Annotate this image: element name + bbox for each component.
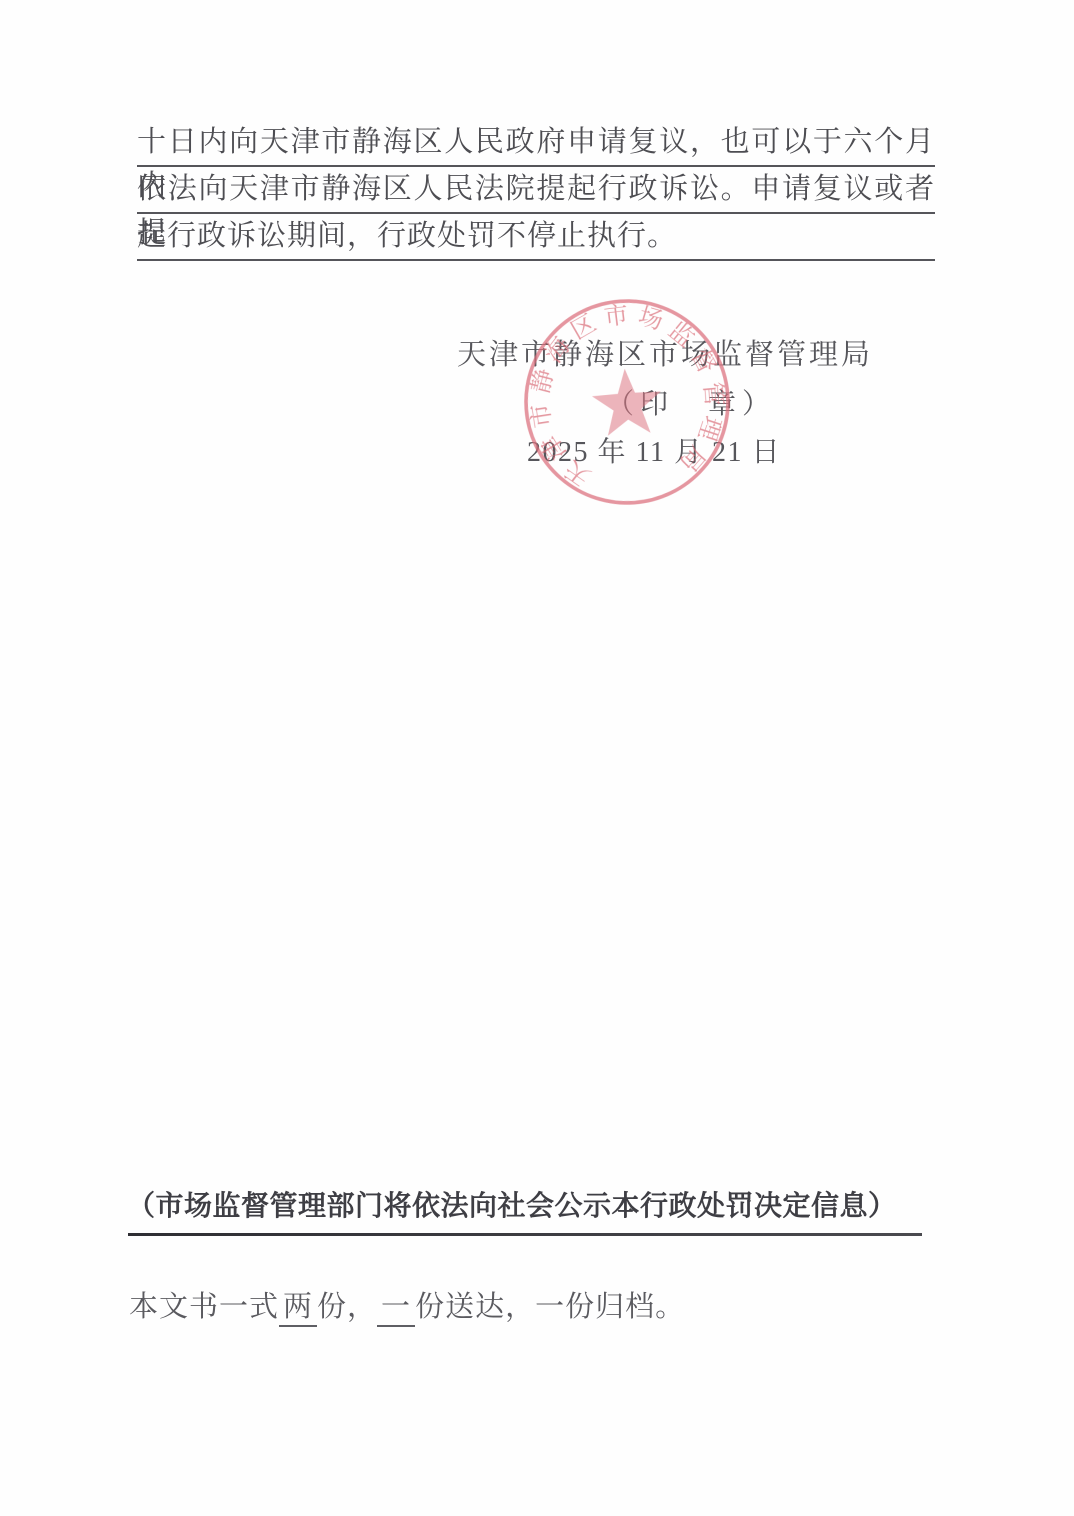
- distribution-mid1: 份，: [317, 1291, 377, 1323]
- paragraph-line-2: 依法向天津市静海区人民法院提起行政诉讼。申请复议或者提: [137, 167, 935, 214]
- star-icon: [590, 366, 663, 436]
- copies-blank-filled: 两: [279, 1284, 317, 1327]
- paragraph-line-1: 十日内向天津市静海区人民政府申请复议，也可以于六个月内: [137, 120, 935, 167]
- publicity-note: （市场监督管理部门将依法向社会公示本行政处罚决定信息）: [127, 1184, 927, 1224]
- horizontal-divider: [128, 1233, 922, 1236]
- paragraph-line-3: 起行政诉讼期间，行政处罚不停止执行。: [137, 214, 935, 261]
- distribution-note: 本文书一式两份，一份送达，一份归档。: [129, 1284, 685, 1327]
- distribution-prefix: 本文书一式: [129, 1291, 279, 1323]
- distribution-mid2: 份送达，: [415, 1291, 535, 1323]
- official-seal-stamp: 天津市静海区市场监督管理局: [514, 289, 740, 515]
- appeal-rights-paragraph: 十日内向天津市静海区人民政府申请复议，也可以于六个月内 依法向天津市静海区人民法…: [137, 120, 935, 261]
- delivery-blank-filled: 一: [377, 1284, 415, 1327]
- document-page: 十日内向天津市静海区人民政府申请复议，也可以于六个月内 依法向天津市静海区人民法…: [0, 0, 1074, 1516]
- distribution-suffix: 一份归档。: [535, 1291, 685, 1323]
